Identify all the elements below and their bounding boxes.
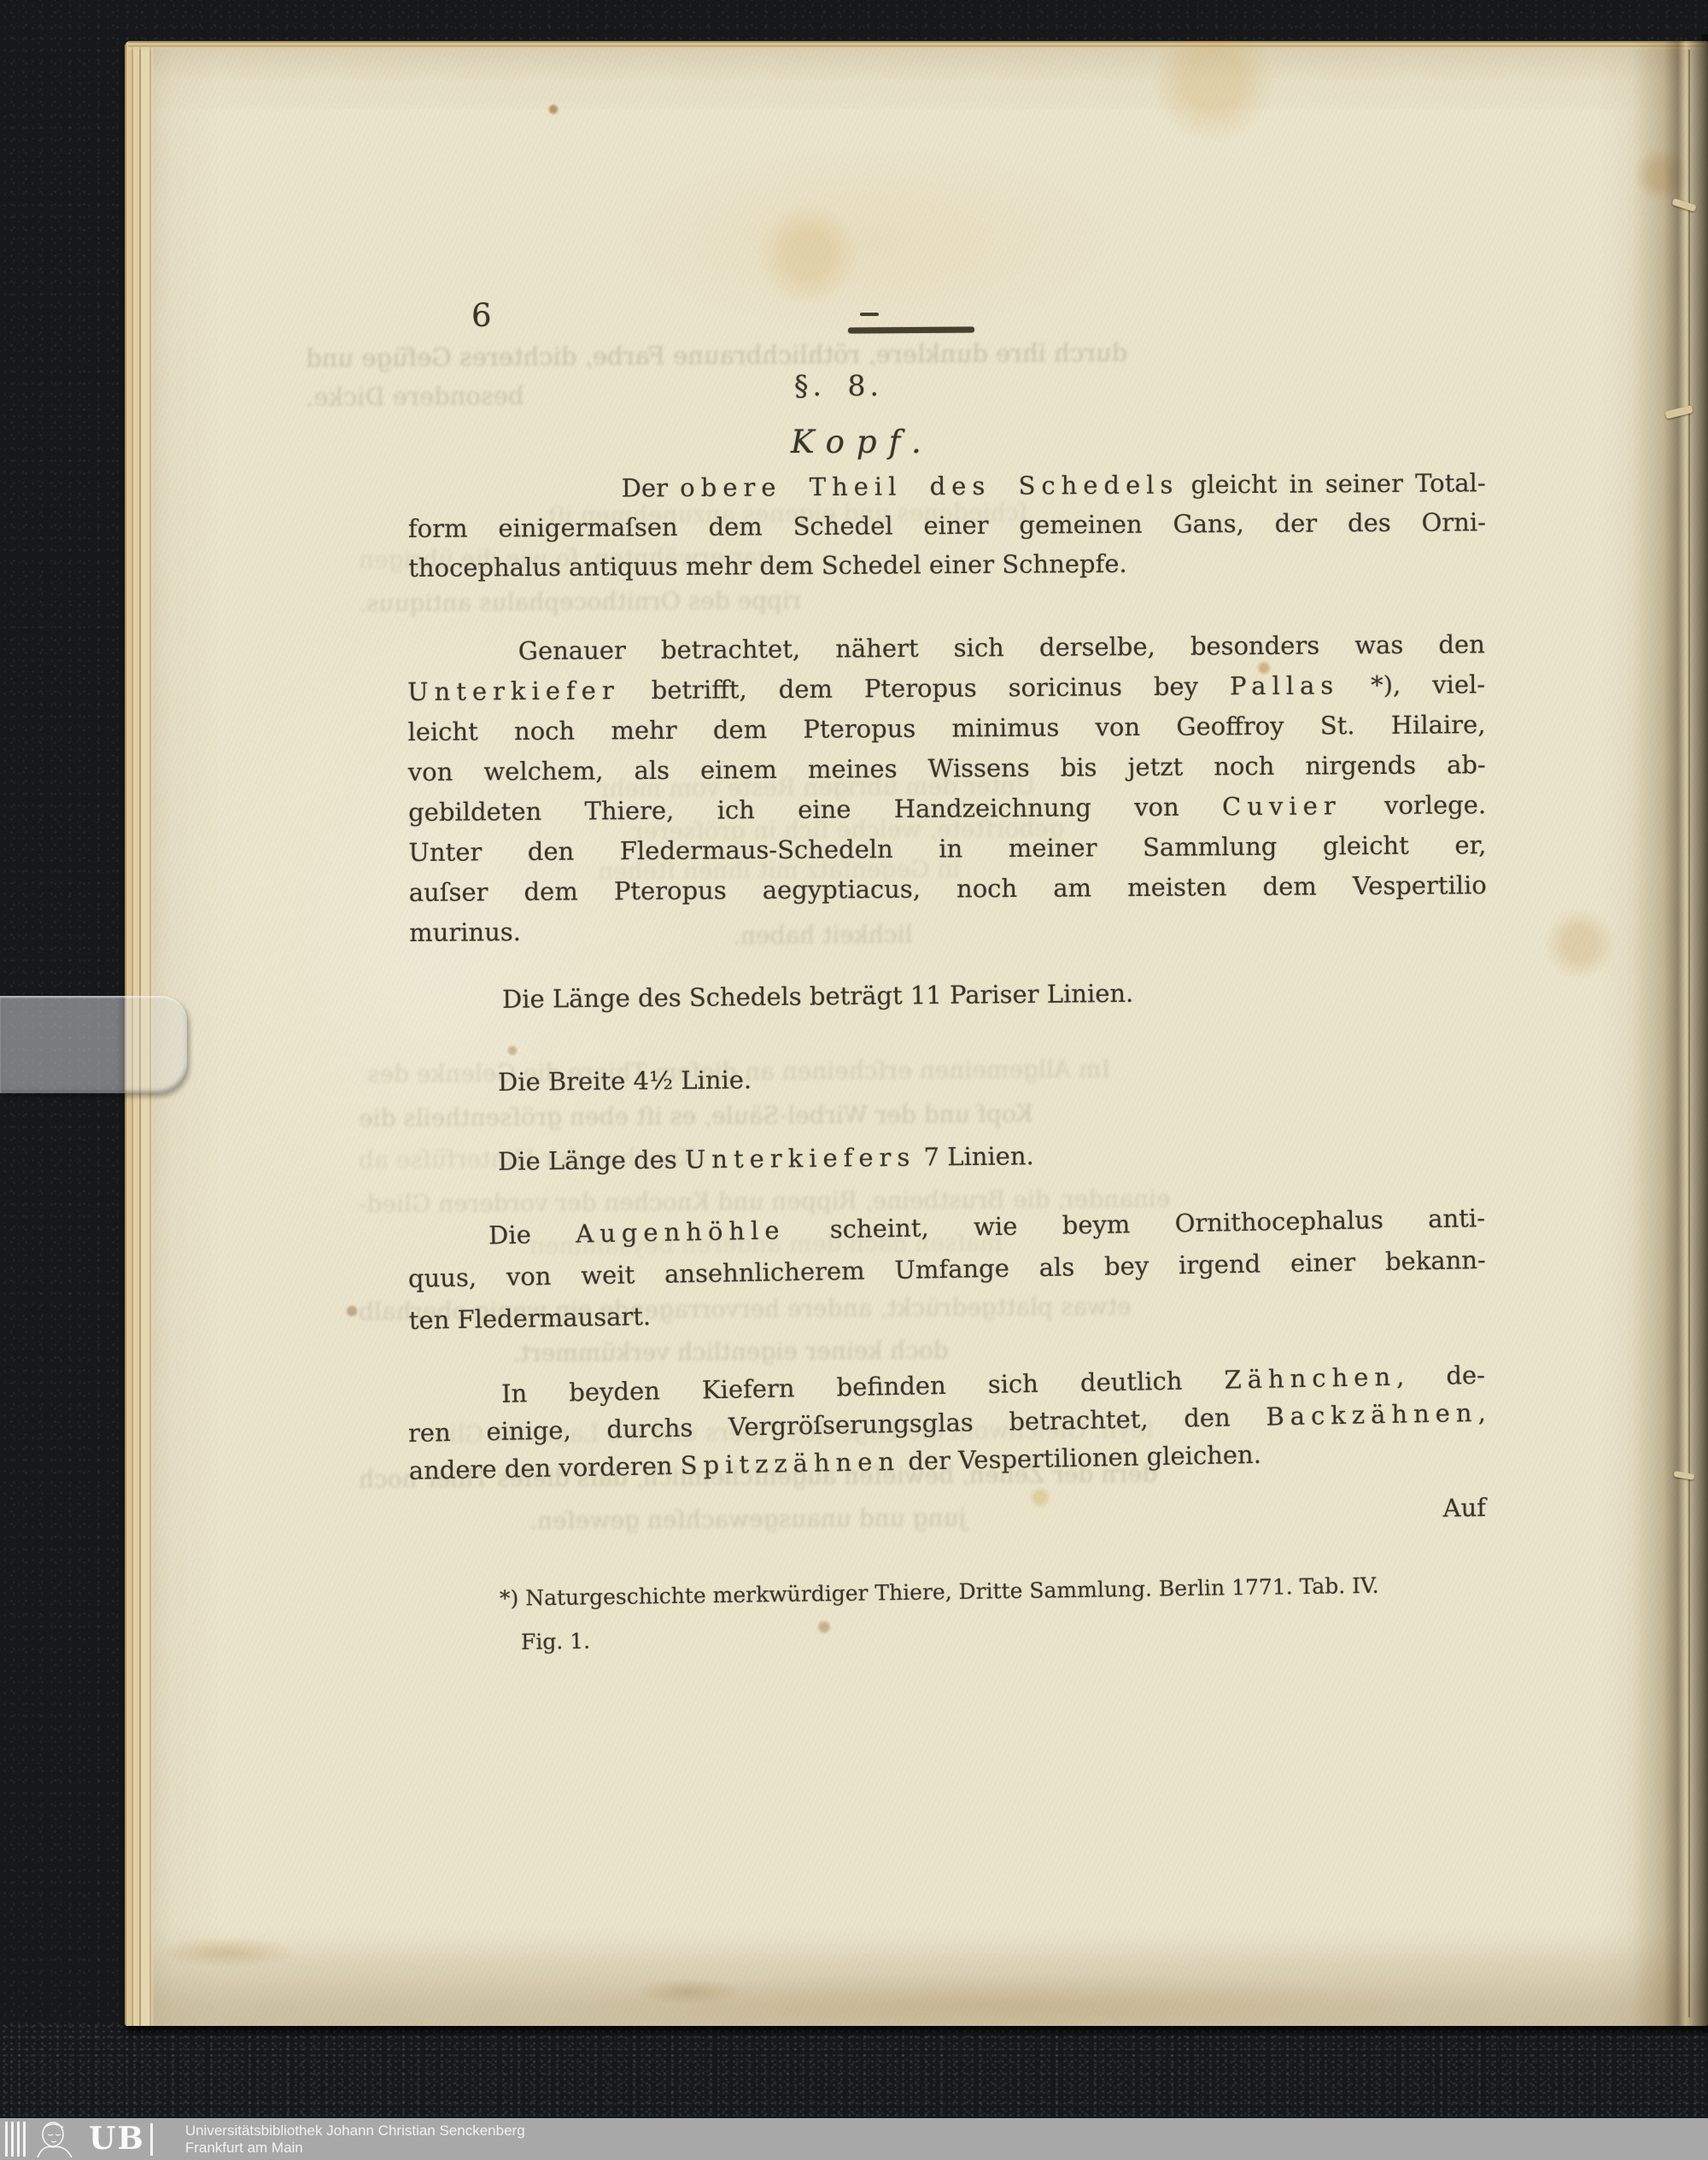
text-segment: von welchem, als einem meines Wissens bi…	[408, 750, 1486, 787]
letterspaced-text: Zähnchen	[1224, 1362, 1396, 1395]
logo-spine-lines	[17, 2122, 20, 2157]
text-segment: betrifft, dem Pteropus soricinus bey	[620, 671, 1230, 705]
section-divider-rule	[848, 326, 974, 333]
bleed-through-line: besondere Dicke.	[306, 381, 524, 412]
text-segment: form einigermaſsen dem Schedel einer gem…	[408, 507, 1486, 543]
letterspaced-text: Unterkiefer	[407, 676, 620, 706]
logo-spine-lines	[11, 2122, 14, 2157]
letterspaced-text: Spitzzähnen	[680, 1447, 900, 1480]
chapter-title: Kopf.	[791, 424, 933, 460]
text-segment: der Vespertilionen gleichen.	[900, 1440, 1261, 1476]
text-segment: Unter den Fledermaus-Schedeln in meiner …	[408, 830, 1486, 867]
text-segment: Die Länge des	[498, 1145, 685, 1176]
section-heading: §. 8.	[794, 369, 883, 402]
section-divider-tick	[860, 313, 879, 316]
text-segment: ,	[1477, 1398, 1486, 1427]
letterspaced-text: Backzähnen	[1266, 1398, 1478, 1431]
bleed-through-line: rippe des Ornithocephalus antiquus.	[359, 586, 801, 618]
text-segment: auſser dem Pteropus aegyptiacus, noch am…	[409, 870, 1487, 907]
leather-cover-texture	[0, 2022, 1708, 2120]
text-segment: scheint, wie beym Ornithocephalus anti-	[785, 1203, 1485, 1244]
paragraph: Die Augenhöhle scheint, wie beym Ornitho…	[407, 1197, 1487, 1342]
library-name: Universitätsbibliothek Johann Christian …	[185, 2122, 525, 2140]
library-city: Frankfurt am Main	[185, 2140, 525, 2157]
letterspaced-text: obere Theil des Schedels	[680, 470, 1179, 502]
ub-logo-text: UB	[89, 2121, 145, 2157]
page-edges-top	[128, 41, 1705, 51]
gutter-crease	[1688, 50, 1690, 2017]
text-segment: Die	[488, 1220, 576, 1250]
text-segment: , de-	[1396, 1361, 1485, 1391]
text-segment: gebildeten Thiere, ich eine Handzeichnun…	[408, 792, 1222, 827]
library-footer-bar: UB Universitätsbibliothek Johann Christi…	[0, 2118, 1708, 2160]
logo-spine-lines	[23, 2122, 26, 2157]
page-number: 6	[471, 297, 492, 334]
paragraph: Genauer betrachtet, nähert sich derselbe…	[407, 624, 1488, 953]
text-segment: Die Länge des Schedels beträgt 11 Parise…	[502, 979, 1134, 1014]
logo-spine-lines	[5, 2122, 8, 2157]
text-line: thocephalus antiquus mehr dem Schedel ei…	[408, 541, 1486, 588]
transparent-page-holder	[0, 996, 187, 1093]
text-segment: leicht noch mehr dem Pteropus minimus vo…	[407, 710, 1485, 746]
text-segment: andere den vorderen	[409, 1451, 681, 1485]
logo-bracket	[150, 2123, 153, 2156]
bleed-through-line: Kopf und der Wirbel-Säule, es iſt eben g…	[359, 1099, 1033, 1133]
paragraph: Der obere Theil des Schedels gleicht in …	[408, 463, 1487, 588]
text-segment: Genauer betrachtet, nähert sich derselbe…	[518, 629, 1485, 665]
text-line: murinus.	[409, 905, 1487, 953]
text-segment: Die Breite 4½ Linie.	[498, 1065, 752, 1097]
text-segment: Der	[622, 473, 681, 502]
bleed-through-line: durch ihre dunklere, röthlichbraune Farb…	[306, 338, 1127, 373]
library-caption: Universitätsbibliothek Johann Christian …	[185, 2122, 525, 2157]
letterspaced-text: Pallas	[1230, 670, 1339, 700]
footnote-line: Fig. 1.	[521, 1629, 591, 1654]
text-segment: thocephalus antiquus mehr dem Schedel ei…	[408, 549, 1127, 582]
ub-logo: UB	[0, 2118, 153, 2160]
text-segment: gleicht in seiner Total-	[1179, 468, 1486, 499]
text-segment: ten Fledermausart.	[409, 1302, 652, 1335]
text-segment: murinus.	[409, 917, 521, 947]
senckenberg-portrait-icon	[29, 2121, 85, 2158]
text-segment: vorlege.	[1342, 790, 1487, 820]
letterspaced-text: Cuvier	[1222, 791, 1342, 821]
bleed-through-line: doch keiner eigentlich verkümmert.	[512, 1336, 949, 1367]
book-scan: durch ihre dunklere, röthlichbraune Farb…	[0, 0, 1708, 2160]
letterspaced-text: Augenhöhle	[576, 1215, 786, 1248]
letterspaced-text: Unterkiefers	[685, 1143, 916, 1174]
text-line: auſser dem Pteropus aegyptiacus, noch am…	[409, 865, 1487, 913]
text-segment: 7 Linien.	[915, 1141, 1034, 1171]
text-line: Der obere Theil des Schedels gleicht in …	[408, 463, 1486, 509]
text-line: form einigermaſsen dem Schedel einer gem…	[408, 502, 1486, 548]
paragraph: In beyden Kiefern befinden sich deutlich…	[407, 1356, 1487, 1490]
text-segment: *), viel-	[1339, 670, 1485, 700]
